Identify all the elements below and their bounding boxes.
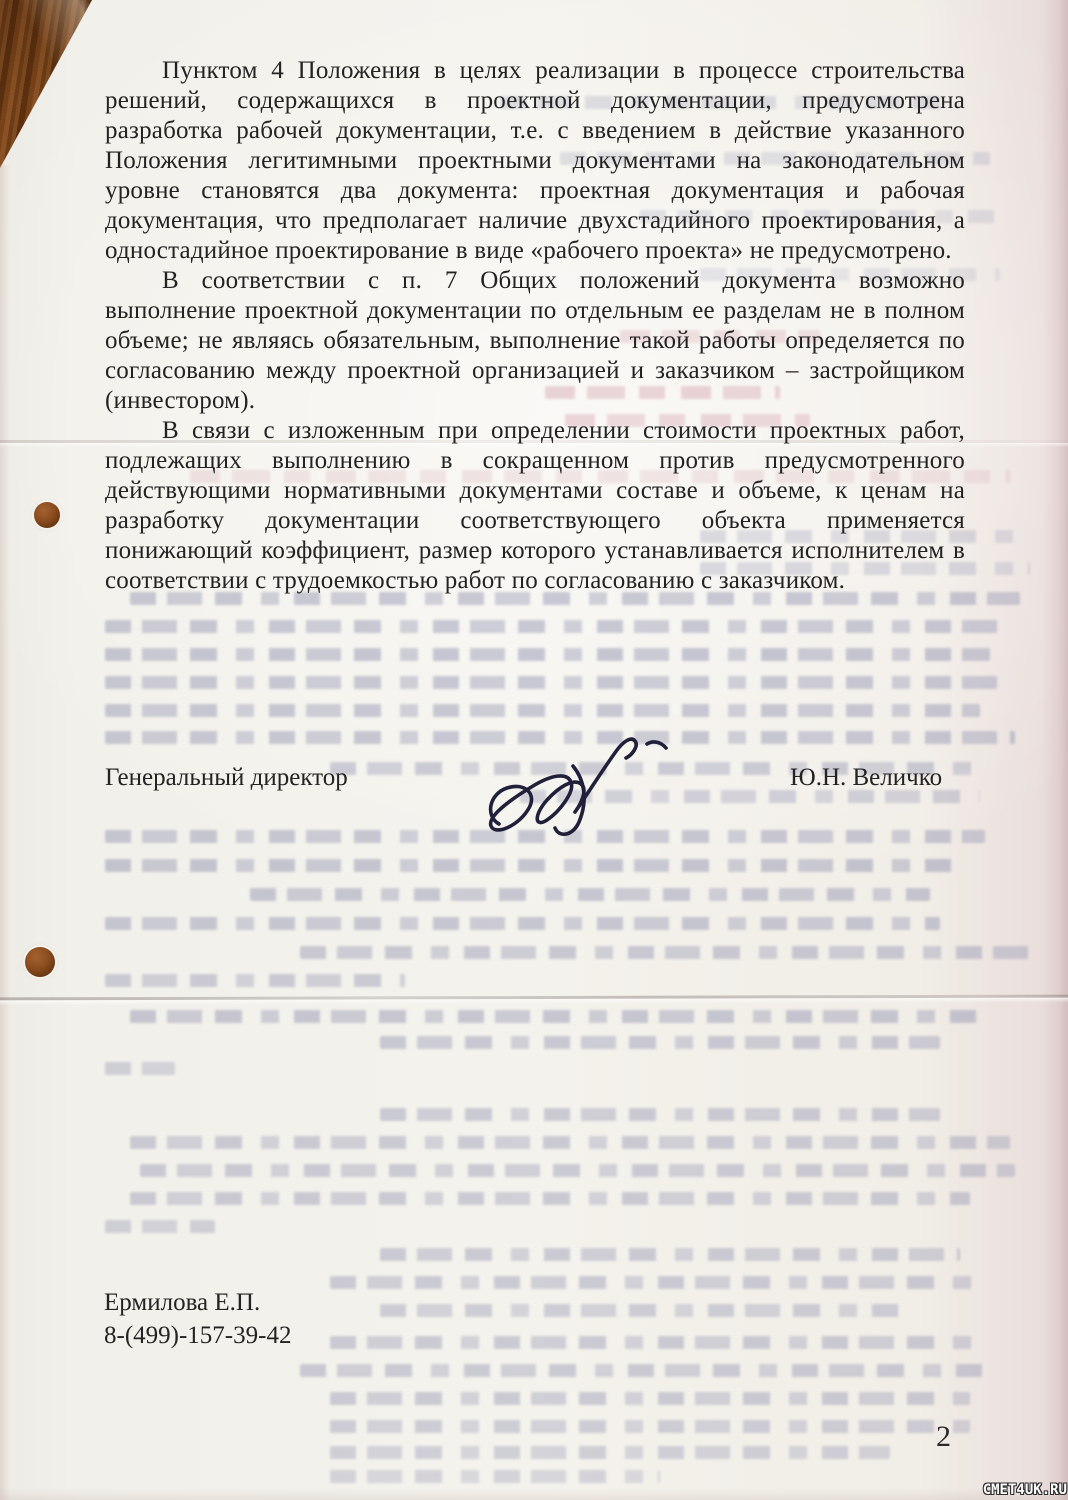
bleedthrough-line	[330, 1446, 890, 1459]
contact-block: Ермилова Е.П. 8-(499)-157-39-42	[104, 1286, 291, 1352]
letter-body: Пунктом 4 Положения в целях реализации в…	[105, 56, 965, 596]
bleedthrough-line	[105, 676, 1005, 689]
bleedthrough-line	[330, 1392, 970, 1405]
scanned-letter-page: Пунктом 4 Положения в целях реализации в…	[0, 0, 1068, 1500]
signatory-title: Генеральный директор	[105, 764, 348, 792]
bleedthrough-line	[130, 1192, 970, 1205]
bleedthrough-line	[330, 1420, 970, 1433]
contact-name: Ермилова Е.П.	[104, 1286, 291, 1319]
bleedthrough-line	[105, 1220, 215, 1233]
contact-phone: 8-(499)-157-39-42	[104, 1319, 291, 1352]
bleedthrough-line	[140, 1164, 1015, 1177]
signatory-name: Ю.Н. Величко	[790, 764, 942, 792]
bleedthrough-line	[250, 888, 930, 901]
bleedthrough-line	[105, 620, 1010, 633]
bleedthrough-line	[130, 1010, 980, 1023]
letter-paragraph: В соответствии с п. 7 Общих положений до…	[105, 266, 965, 416]
bleedthrough-line	[330, 1470, 660, 1483]
letter-paragraph: Пунктом 4 Положения в целях реализации в…	[105, 56, 965, 266]
bleedthrough-line	[380, 1036, 940, 1049]
page-number: 2	[936, 1420, 951, 1454]
watermark: CMET4UK.RU	[983, 1482, 1067, 1498]
bleedthrough-line	[105, 859, 960, 872]
bleedthrough-line	[105, 704, 980, 717]
bleedthrough-line	[300, 946, 1030, 959]
bleedthrough-line	[300, 1364, 990, 1377]
bleedthrough-line	[380, 1248, 960, 1261]
bleedthrough-line	[380, 1108, 940, 1121]
bleedthrough-line	[380, 1304, 900, 1317]
bleedthrough-line	[105, 648, 990, 661]
letter-paragraph: В связи с изложенным при определении сто…	[105, 416, 965, 596]
bleedthrough-line	[105, 1062, 175, 1075]
signature	[455, 728, 680, 843]
bleedthrough-line	[330, 1276, 975, 1289]
bleedthrough-line	[105, 917, 940, 930]
bleedthrough-line	[330, 1336, 980, 1349]
bleedthrough-line	[130, 1136, 1010, 1149]
bleedthrough-line	[105, 974, 405, 987]
